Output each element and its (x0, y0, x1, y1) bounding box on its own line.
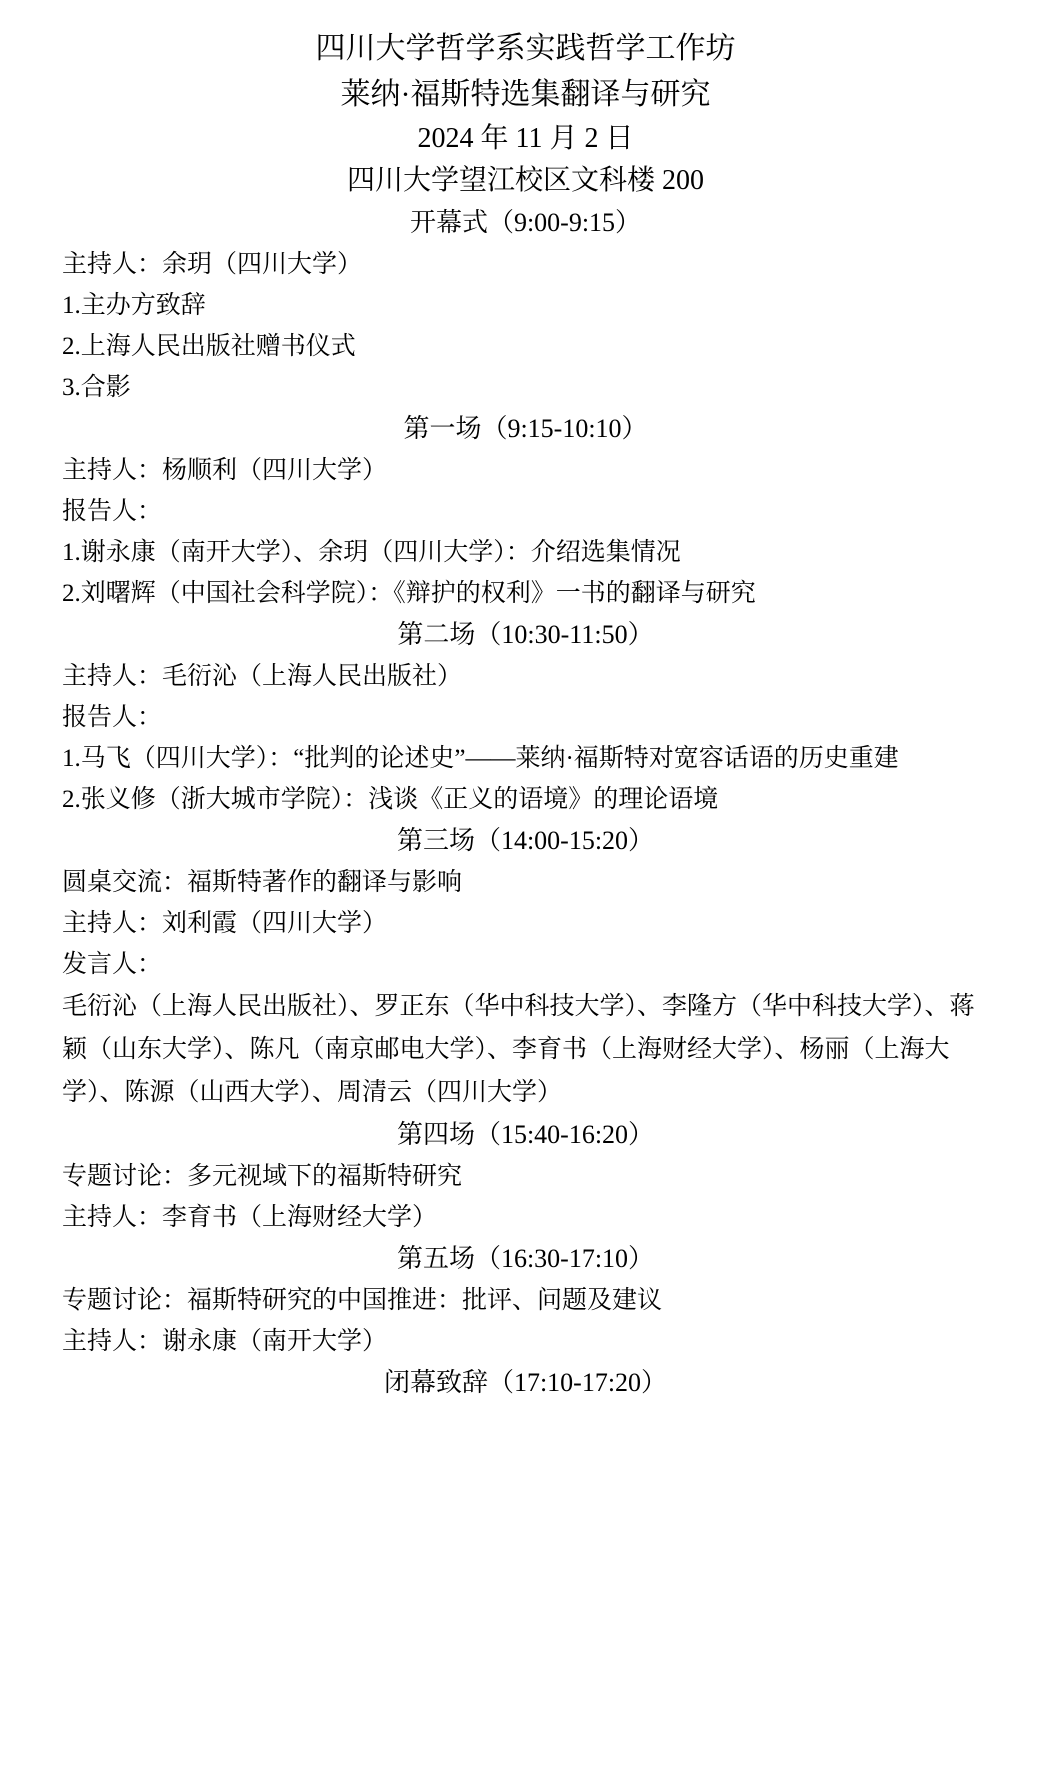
presenters-label: 报告人： (62, 697, 989, 738)
speakers-label: 发言人： (62, 944, 989, 985)
agenda-item: 2.上海人民出版社赠书仪式 (62, 326, 989, 367)
section-opening-ceremony: 开幕式（9:00-9:15） 主持人：余玥（四川大学） 1.主办方致辞 2.上海… (62, 202, 989, 408)
doc-venue: 四川大学望江校区文科楼 200 (62, 160, 989, 202)
panel-topic-line: 专题讨论：多元视域下的福斯特研究 (62, 1156, 989, 1197)
talk-item: 2.刘曙辉（中国社会科学院）：《辩护的权利》一书的翻译与研究 (62, 573, 989, 614)
section-heading: 第四场（15:40-16:20） (62, 1114, 989, 1156)
section-heading: 第三场（14:00-15:20） (62, 820, 989, 862)
doc-date: 2024 年 11 月 2 日 (62, 118, 989, 160)
section-4: 第四场（15:40-16:20） 专题讨论：多元视域下的福斯特研究 主持人：李育… (62, 1114, 989, 1238)
section-3: 第三场（14:00-15:20） 圆桌交流：福斯特著作的翻译与影响 主持人：刘利… (62, 820, 989, 1114)
workshop-program-document: 四川大学哲学系实践哲学工作坊 莱纳·福斯特选集翻译与研究 2024 年 11 月… (0, 0, 1045, 1776)
section-5: 第五场（16:30-17:10） 专题讨论：福斯特研究的中国推进：批评、问题及建… (62, 1238, 989, 1362)
section-1: 第一场（9:15-10:10） 主持人：杨顺利（四川大学） 报告人： 1.谢永康… (62, 408, 989, 614)
presenters-label: 报告人： (62, 491, 989, 532)
agenda-item: 3.合影 (62, 367, 989, 408)
speakers-list: 毛衍沁（上海人民出版社）、罗正东（华中科技大学）、李隆方（华中科技大学）、蒋颖（… (62, 985, 989, 1114)
section-heading: 第二场（10:30-11:50） (62, 614, 989, 656)
section-closing: 闭幕致辞（17:10-17:20） (62, 1362, 989, 1404)
section-heading: 第一场（9:15-10:10） (62, 408, 989, 450)
roundtable-topic-line: 圆桌交流：福斯特著作的翻译与影响 (62, 862, 989, 903)
talk-item: 1.谢永康（南开大学）、余玥（四川大学）：介绍选集情况 (62, 532, 989, 573)
talk-item: 1.马飞（四川大学）：“批判的论述史”——莱纳·福斯特对宽容话语的历史重建 (62, 738, 989, 779)
doc-title-line-1: 四川大学哲学系实践哲学工作坊 (62, 26, 989, 72)
session-host-line: 主持人：毛衍沁（上海人民出版社） (62, 656, 989, 697)
session-host-line: 主持人：李育书（上海财经大学） (62, 1197, 989, 1238)
section-heading: 第五场（16:30-17:10） (62, 1238, 989, 1280)
section-2: 第二场（10:30-11:50） 主持人：毛衍沁（上海人民出版社） 报告人： 1… (62, 614, 989, 820)
session-host-line: 主持人：刘利霞（四川大学） (62, 903, 989, 944)
doc-title-line-2: 莱纳·福斯特选集翻译与研究 (62, 72, 989, 118)
session-host-line: 主持人：杨顺利（四川大学） (62, 450, 989, 491)
agenda-item: 1.主办方致辞 (62, 285, 989, 326)
session-host-line: 主持人：余玥（四川大学） (62, 244, 989, 285)
panel-topic-line: 专题讨论：福斯特研究的中国推进：批评、问题及建议 (62, 1280, 989, 1321)
talk-item: 2.张义修（浙大城市学院）：浅谈《正义的语境》的理论语境 (62, 779, 989, 820)
section-heading: 开幕式（9:00-9:15） (62, 202, 989, 244)
session-host-line: 主持人：谢永康（南开大学） (62, 1321, 989, 1362)
section-heading: 闭幕致辞（17:10-17:20） (62, 1362, 989, 1404)
